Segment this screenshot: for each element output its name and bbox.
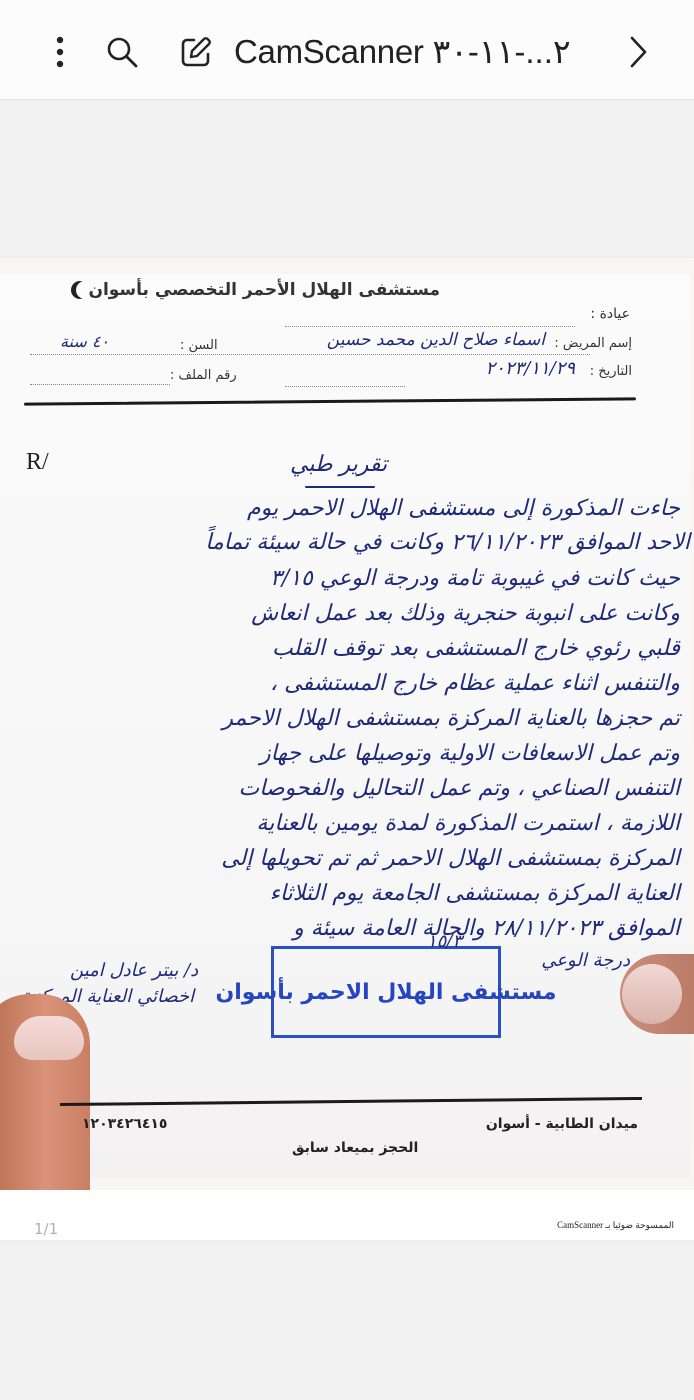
more-options-button[interactable] (40, 30, 80, 74)
chevron-right-icon (628, 35, 648, 69)
hospital-stamp: ١٥/٣ مستشفى الهلال الاحمر بأسوان (271, 946, 501, 1038)
date-dotted-line (285, 386, 405, 387)
document-page: مستشفى الهلال الأحمر التخصصي بأسوان عياد… (0, 258, 694, 1240)
hospital-name: مستشفى الهلال الأحمر التخصصي بأسوان (66, 280, 440, 300)
report-line-13: الموافق ٢٨/١١/٢٠٢٣ والحالة العامة سيئة و (293, 916, 680, 941)
document-title: CamScanner ٢...-١١-٣٠ (234, 30, 571, 74)
file-dotted-line (30, 384, 170, 385)
medical-report-paper: مستشفى الهلال الأحمر التخصصي بأسوان عياد… (0, 274, 690, 1178)
footer-booking-note: الحجز بميعاد سابق (292, 1140, 418, 1156)
clinic-label: عيادة : (590, 306, 630, 322)
edit-button[interactable] (176, 30, 216, 74)
report-line-3: حيث كانت في غيبوبة تامة ودرجة الوعي ٣/١٥ (270, 566, 680, 591)
footer-phone: ١٢٠٣٤٢٦٤١٥ (82, 1116, 167, 1132)
next-button[interactable] (618, 30, 658, 74)
footer-address: ميدان الطابية - أسوان (486, 1116, 638, 1132)
right-thumbnail (622, 964, 682, 1024)
clinic-field: عيادة : (590, 306, 630, 322)
report-line-10: اللازمة ، استمرت المذكورة لمدة يومين بال… (256, 811, 680, 836)
report-line-4: وكانت على انبوبة حنجرية وذلك بعد عمل انع… (251, 601, 680, 626)
report-title: تقرير طبي (290, 452, 387, 477)
page-indicator: 1/1 (34, 1220, 58, 1238)
top-app-bar: CamScanner ٢...-١١-٣٠ (0, 0, 694, 100)
patient-label: إسم المريض : (554, 336, 632, 351)
more-vert-icon (55, 35, 65, 69)
date-label: التاريخ : (590, 364, 632, 379)
report-title-underline (305, 486, 375, 488)
header-divider (24, 397, 636, 405)
camscanner-watermark: الممسوحة ضوئيا بـ CamScanner (557, 1220, 674, 1231)
report-line-9: التنفس الصناعي ، وتم عمل التحاليل والفحو… (238, 776, 680, 801)
report-line-6: والتنفس اثناء عملية عظام خارج المستشفى ، (270, 671, 680, 696)
stamp-text: مستشفى الهلال الاحمر بأسوان (215, 980, 556, 1005)
file-number-label: رقم الملف : (170, 368, 237, 383)
report-line-8: وتم عمل الاسعافات الاولية وتوصيلها على ج… (260, 741, 680, 766)
footer-divider (60, 1097, 642, 1106)
clinic-dotted-line (285, 326, 575, 327)
report-line-12: العناية المركزة بمستشفى الجامعة يوم الثل… (270, 881, 680, 906)
patient-dotted-line (30, 354, 590, 355)
report-line-14: درجة الوعي (541, 950, 630, 971)
age-label: السن : (180, 338, 218, 353)
hospital-name-text: مستشفى الهلال الأحمر التخصصي بأسوان (88, 280, 440, 300)
consciousness-score: ١٥/٣ (427, 931, 462, 952)
report-line-1: جاءت المذكورة إلى مستشفى الهلال الاحمر ي… (247, 496, 680, 521)
date-value: ٢٠٢٣/١١/٢٩ (486, 358, 575, 379)
rx-label: R/ (26, 449, 49, 476)
document-viewer[interactable]: مستشفى الهلال الأحمر التخصصي بأسوان عياد… (0, 101, 694, 1400)
report-line-7: تم حجزها بالعناية المركزة بمستشفى الهلال… (222, 706, 680, 731)
report-line-5: قلبي رئوي خارج المستشفى بعد توقف القلب (272, 636, 680, 661)
crescent-logo-icon (76, 281, 94, 299)
patient-name-value: اسماء صلاح الدين محمد حسين (327, 330, 545, 350)
search-icon (105, 35, 139, 69)
edit-icon (179, 35, 213, 69)
search-button[interactable] (102, 30, 142, 74)
left-thumbnail (14, 1016, 84, 1060)
report-line-11: المركزة بمستشفى الهلال الاحمر ثم تم تحوي… (221, 846, 680, 871)
age-value: ٤٠ سنة (60, 332, 109, 351)
scanned-photo: مستشفى الهلال الأحمر التخصصي بأسوان عياد… (0, 258, 694, 1190)
doctor-name: د/ بيتر عادل امين (70, 960, 198, 981)
report-line-2: الاحد الموافق ٢٦/١١/٢٠٢٣ وكانت في حالة س… (205, 530, 690, 555)
